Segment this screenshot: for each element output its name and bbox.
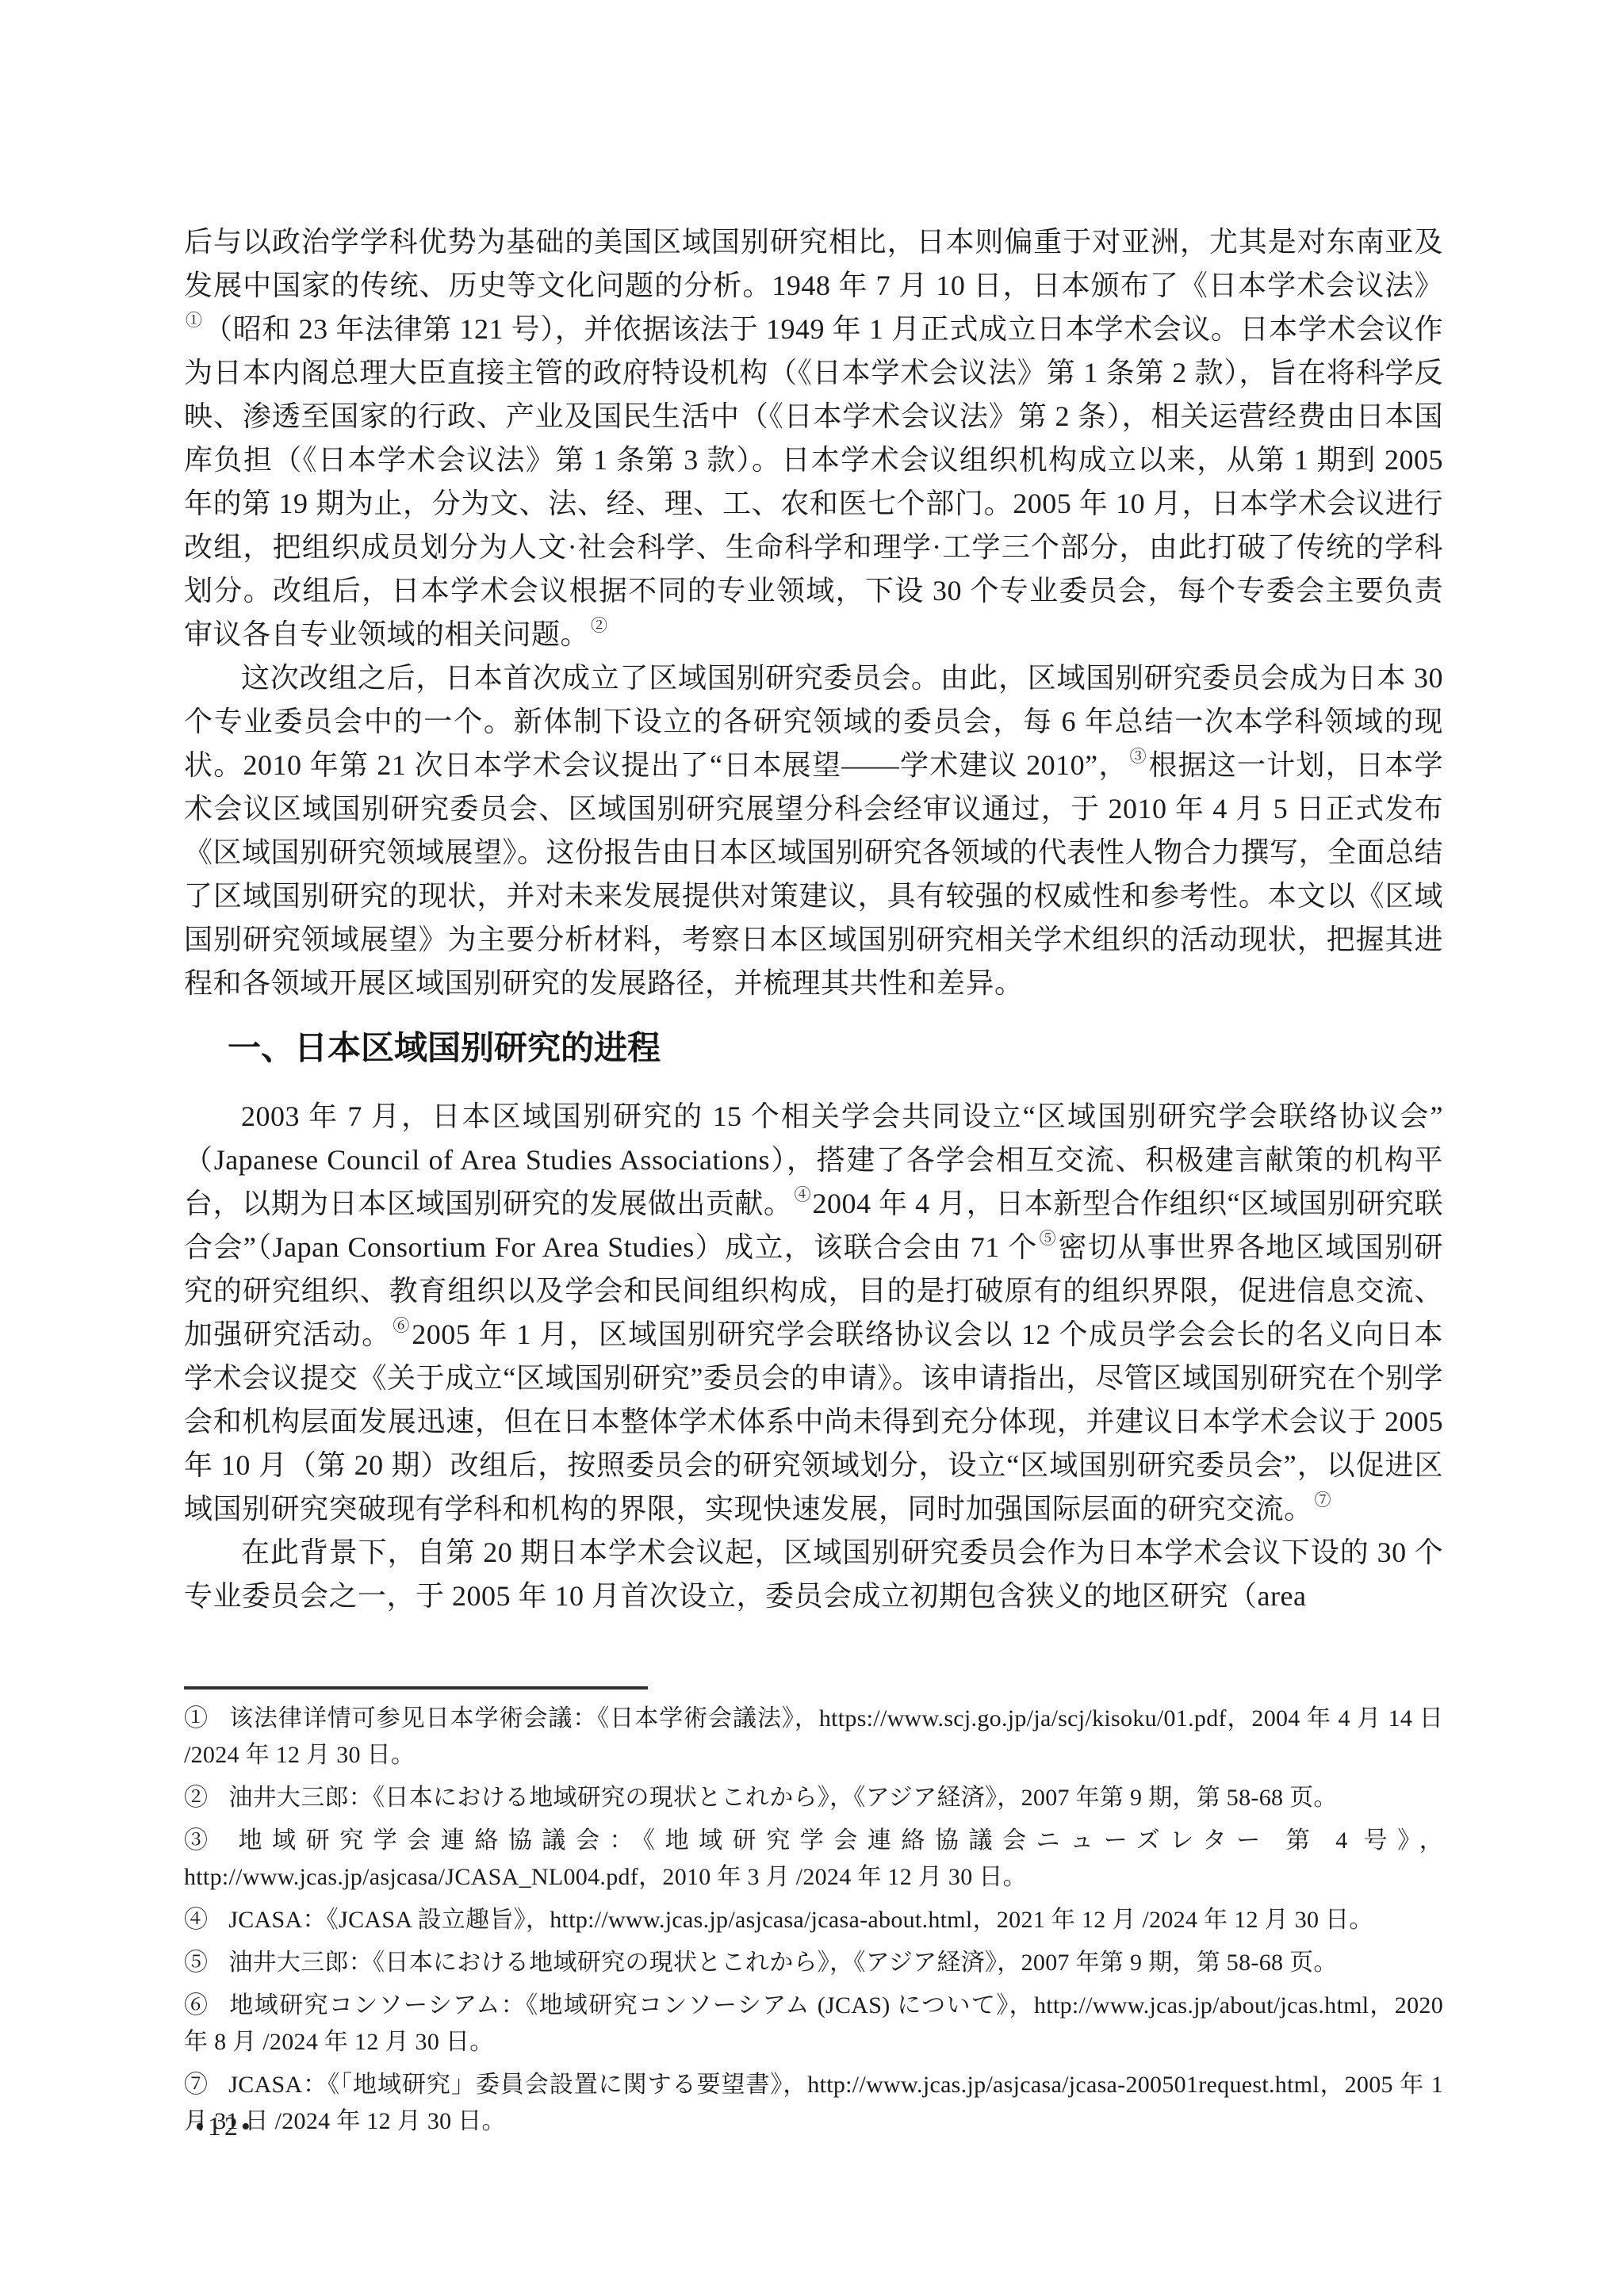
footnote-ref: ⑤ — [1040, 1229, 1057, 1248]
body-paragraph: 这次改组之后，日本首次成立了区域国别研究委员会。由此，区域国别研究委员会成为日本… — [184, 656, 1443, 1005]
footnote-ref: ⑥ — [393, 1316, 410, 1335]
footnote-marker: ⑤ — [184, 1945, 208, 1981]
footnote-ref: ④ — [794, 1185, 810, 1204]
footnote-separator — [184, 1686, 648, 1689]
footnote-item: ①该法律详情可参见日本学術会議：《日本学術会議法》，https://www.sc… — [184, 1701, 1443, 1774]
footnote-item: ③地域研究学会連絡協議会：《地域研究学会連絡協議会ニューズレター 第 4 号》，… — [184, 1823, 1443, 1896]
footnote-text: JCASA：《「地域研究」委員会設置に関する要望書》，http://www.jc… — [184, 2072, 1443, 2134]
footnote-item: ⑤油井大三郎：《日本における地域研究の現状とこれから》，《アジア経済》，2007… — [184, 1945, 1443, 1981]
footnote-text: 油井大三郎：《日本における地域研究の現状とこれから》，《アジア経済》，2007 … — [228, 1950, 1337, 1976]
footnote-marker: ③ — [184, 1823, 208, 1859]
footnote-ref: ② — [591, 616, 607, 635]
body-paragraph: 在此背景下，自第 20 期日本学术会议起，区域国别研究委员会作为日本学术会议下设… — [184, 1531, 1443, 1618]
body-paragraph: 后与以政治学学科优势为基础的美国区域国别研究相比，日本则偏重于对亚洲，尤其是对东… — [184, 220, 1443, 656]
document-page: 后与以政治学学科优势为基础的美国区域国别研究相比，日本则偏重于对亚洲，尤其是对东… — [0, 0, 1624, 2296]
footnote-item: ⑦JCASA：《「地域研究」委員会設置に関する要望書》，http://www.j… — [184, 2067, 1443, 2140]
body-paragraph: 2003 年 7 月，日本区域国别研究的 15 个相关学会共同设立“区域国别研究… — [184, 1095, 1443, 1531]
footnote-marker: ④ — [184, 1902, 208, 1938]
footnote-text: 地域研究学会連絡協議会：《地域研究学会連絡協議会ニューズレター 第 4 号》，h… — [184, 1827, 1443, 1890]
footnote-ref: ⑦ — [1315, 1490, 1331, 1510]
footnote-ref: ① — [186, 311, 202, 330]
page-number: •12• — [195, 2112, 254, 2142]
footnote-text: 该法律详情可参见日本学術会議：《日本学術会議法》，https://www.scj… — [184, 1705, 1443, 1768]
footnotes-list: ①该法律详情可参见日本学術会議：《日本学術会議法》，https://www.sc… — [184, 1701, 1443, 2140]
footnote-ref: ③ — [1130, 747, 1147, 766]
section-heading: 一、日本区域国别研究的进程 — [228, 1026, 1443, 1070]
content-blocks: 后与以政治学学科优势为基础的美国区域国别研究相比，日本则偏重于对亚洲，尤其是对东… — [184, 220, 1443, 1618]
footnote-marker: ⑦ — [184, 2067, 208, 2103]
footnote-text: 油井大三郎：《日本における地域研究の現状とこれから》，《アジア経済》，2007 … — [228, 1785, 1337, 1811]
footnote-marker: ⑥ — [184, 1988, 208, 2024]
footnote-text: 地域研究コンソーシアム：《地域研究コンソーシアム (JCAS) について》，ht… — [184, 1992, 1443, 2055]
footnote-marker: ① — [184, 1701, 208, 1737]
footnote-marker: ② — [184, 1780, 208, 1816]
footnote-item: ②油井大三郎：《日本における地域研究の現状とこれから》，《アジア経済》，2007… — [184, 1780, 1443, 1816]
footnote-text: JCASA：《JCASA 設立趣旨》，http://www.jcas.jp/as… — [228, 1907, 1373, 1933]
footnote-item: ⑥地域研究コンソーシアム：《地域研究コンソーシアム (JCAS) について》，h… — [184, 1988, 1443, 2061]
footnote-item: ④JCASA：《JCASA 設立趣旨》，http://www.jcas.jp/a… — [184, 1902, 1443, 1938]
